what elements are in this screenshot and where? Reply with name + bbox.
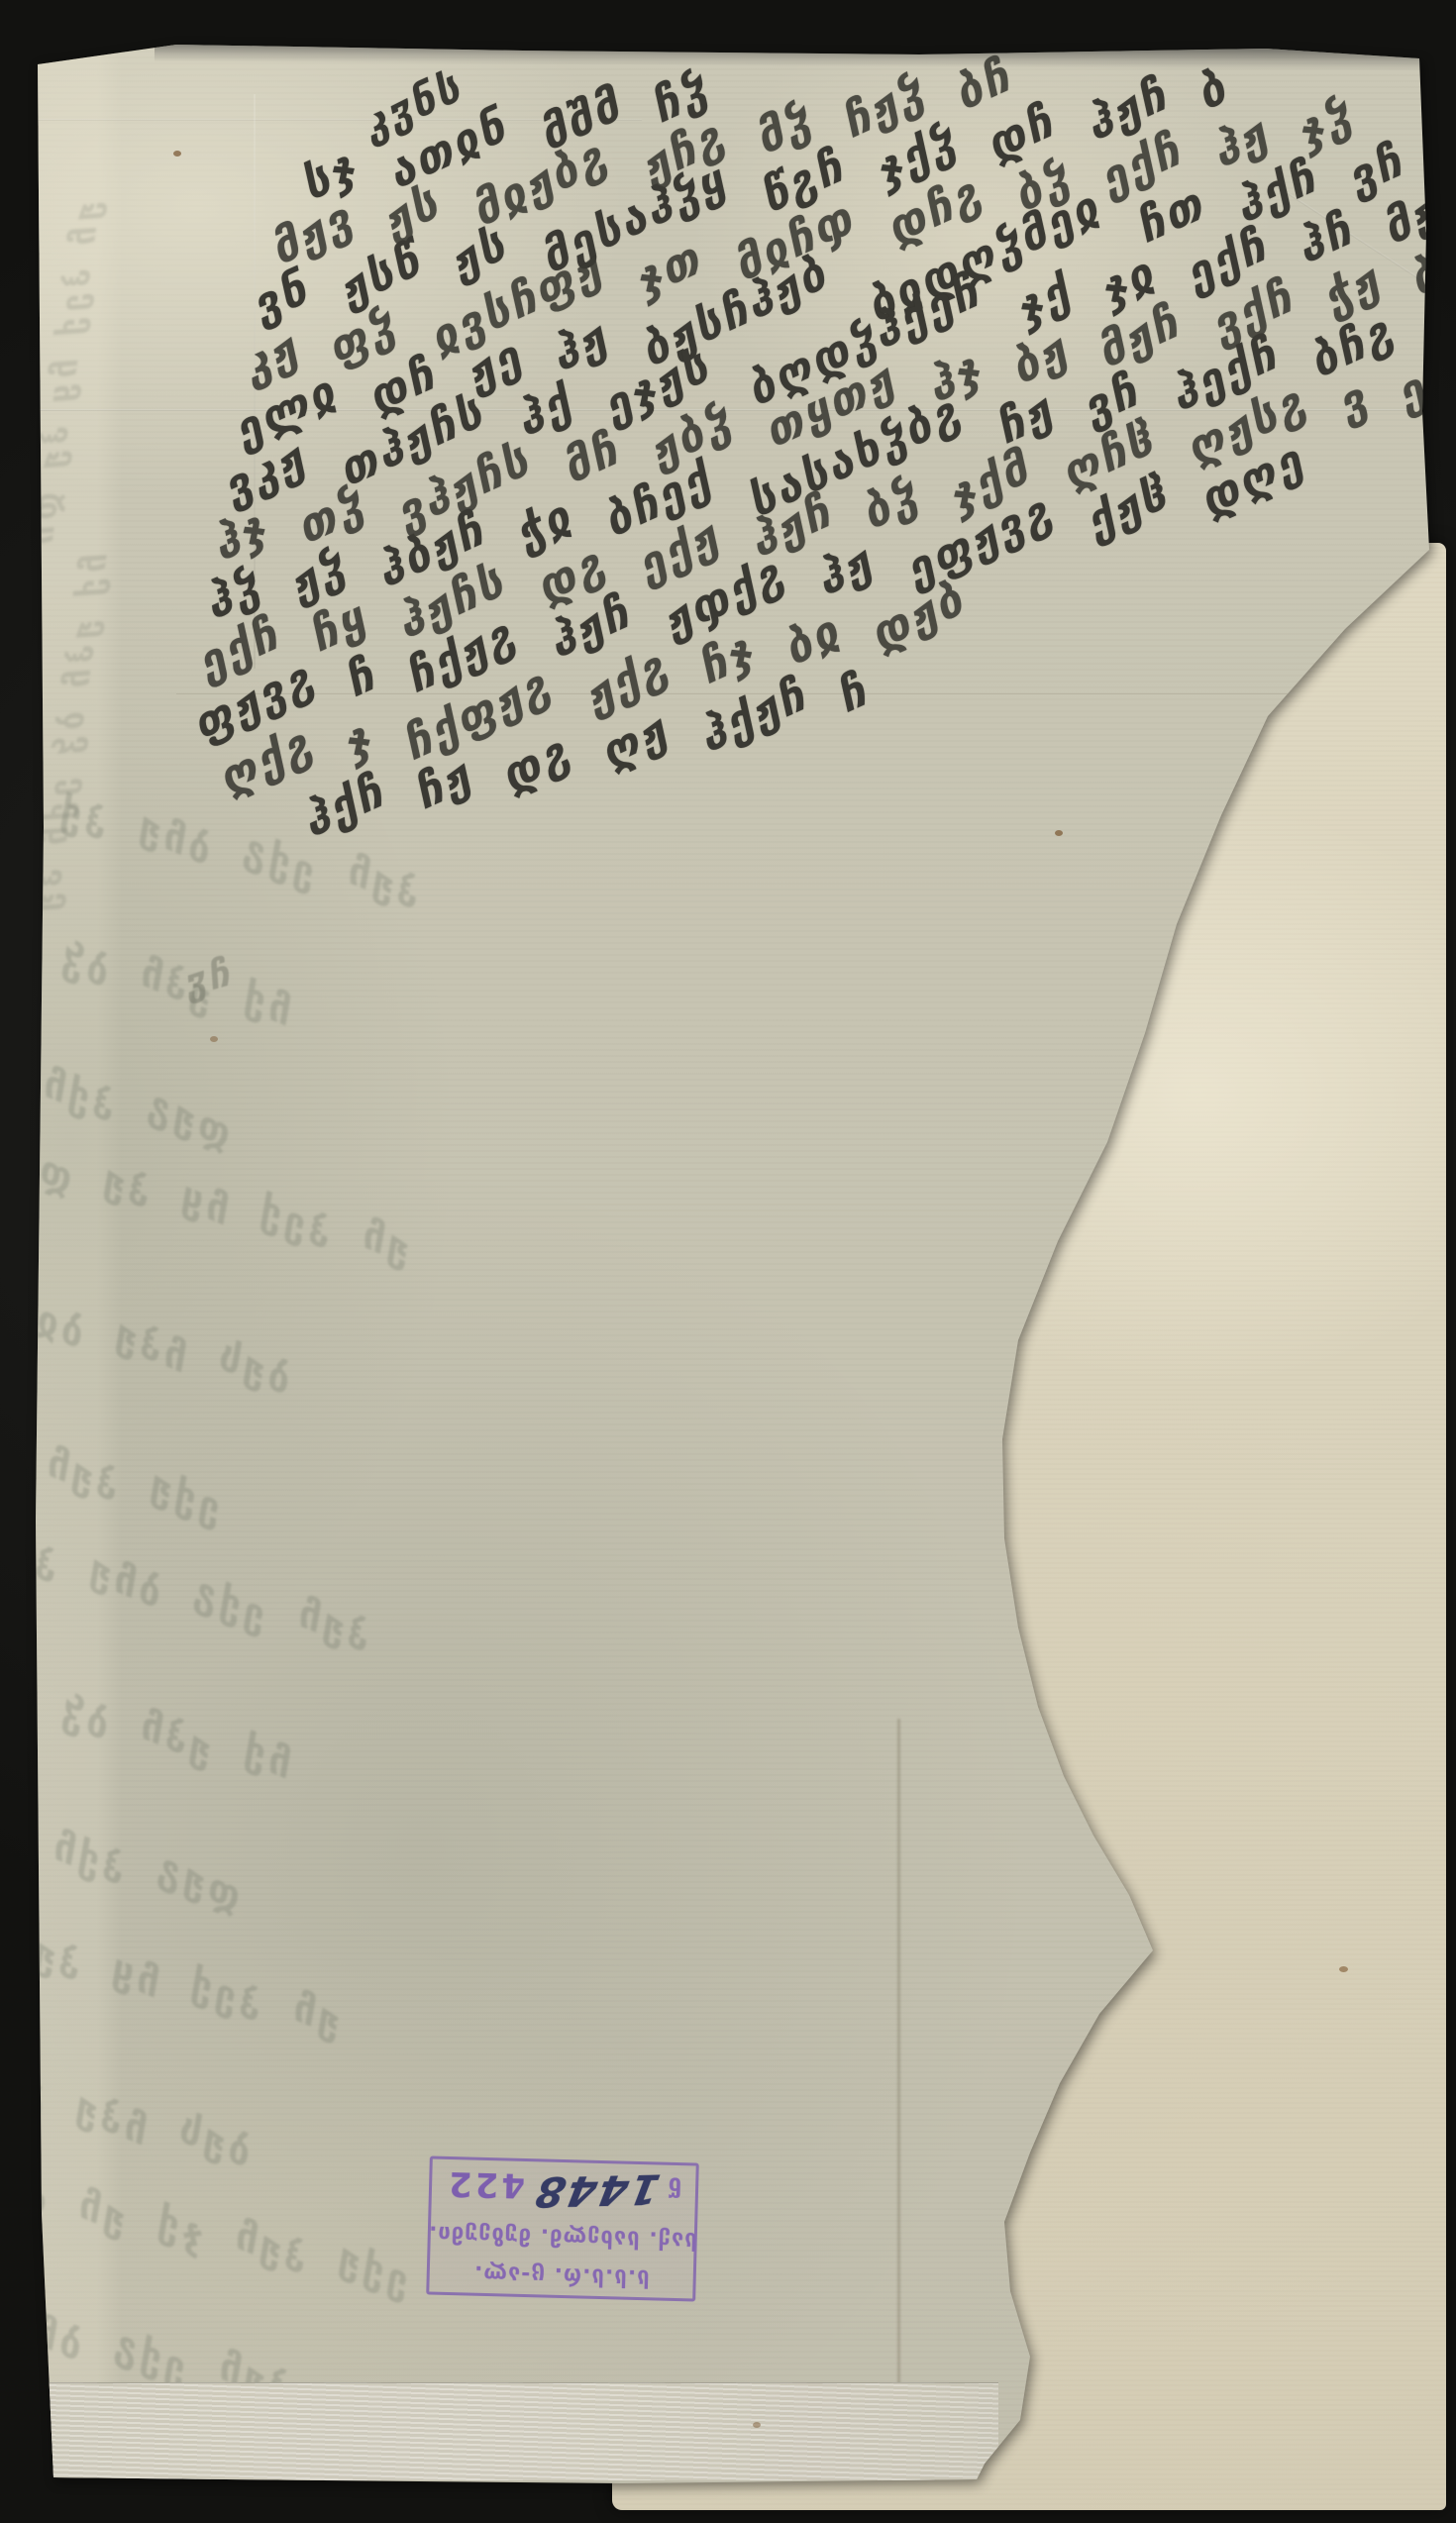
verso-bleedthrough-line: ჟჩ ჰექ ჩყ ჰჟ დჩ	[0, 1141, 416, 1267]
stamp-prefix-glyph: წ	[669, 2174, 682, 2198]
verso-bleedthrough-line: ექჟ ჰჟჩ ჯქ ჟჩ ღჟ	[0, 2166, 416, 2297]
stamp-number-row: წ 1448 422	[445, 2165, 681, 2213]
verso-bleedthrough-line: დჟჷ ჰქჩ ჩჟ ექ ბჟჩ ჰ	[0, 1763, 248, 1912]
soiled-top-edge	[155, 35, 1426, 71]
manuscript-sheet: ჰჟჩ ექჷ ბჩჟ ჰქ დჷ ჩჟ ჩქ ჟჰჩ ბჴ ექჩ ჰჟ დჟ…	[28, 35, 1432, 2489]
verso-bleedthrough-line: დჟჷ ჰქჩ ჩჟ ექ ბჟჩ ჰ	[0, 1000, 238, 1149]
stamp-number-stamped: 422	[446, 2166, 526, 2202]
stain-speck	[753, 2422, 761, 2428]
archive-stamp: ს.ს.ს.რ. ც-ალ. საქ. სახელმ. მუზეუმი. წ 1…	[426, 2155, 699, 2301]
verso-bleedthrough-line: ბჟს ჩჰჟ ბჲ დღჴ ჩთ	[0, 2028, 258, 2168]
margin-bleed-smudge: ჟჩ ჰექ ჩყ ჰჟ დჩ	[24, 198, 106, 552]
stamp-line-1: ს.ს.ს.რ. ც-ალ.	[473, 2260, 650, 2289]
stamp-number-handwritten: 1448	[530, 2167, 663, 2212]
verso-bleedthrough-line: ჟჩ ჰექ ჩყ ჰჟ დჩ	[0, 1914, 347, 2040]
stain-speck	[1055, 830, 1063, 836]
margin-bleed-smudge: ჩქ ჟჰჩ ბჴ ექჩ ჰჟ	[28, 550, 112, 918]
vertical-crease	[897, 1719, 900, 2452]
stamp-line-2: საქ. სახელმ. მუზეუმი.	[428, 2220, 697, 2252]
stain-speck	[210, 1036, 218, 1042]
scanned-manuscript-page: ჰჟჩ ექჷ ბჩჟ ჰქ დჷ ჩჟ ჩქ ჟჰჩ ბჴ ექჩ ჰჟ დჟ…	[0, 0, 1456, 2523]
stain-speck	[173, 151, 181, 157]
repair-strip	[48, 2382, 998, 2480]
verso-bleedthrough-line: ჩქ ჟჰჩ ბჴ ექჩ ჰჟ	[0, 900, 297, 1029]
verso-bleedthrough-line: ექჟ ჰჟჩ ჯქ ჟჩ ღჟ	[0, 1394, 228, 1524]
verso-bleedthrough-line: ბჟს ჩჰჟ ბჲ დღჴ ჩთ	[0, 1255, 297, 1396]
verso-bleedthrough-line: ჩქ ჟჰჩ ბჴ ექჩ ჰჟ	[0, 1653, 297, 1782]
manuscript-sheet-wrapper: ჰჟჩ ექჷ ბჩჟ ჰქ დჷ ჩჟ ჩქ ჟჰჩ ბჴ ექჩ ჰჟ დჟ…	[28, 35, 1432, 2489]
